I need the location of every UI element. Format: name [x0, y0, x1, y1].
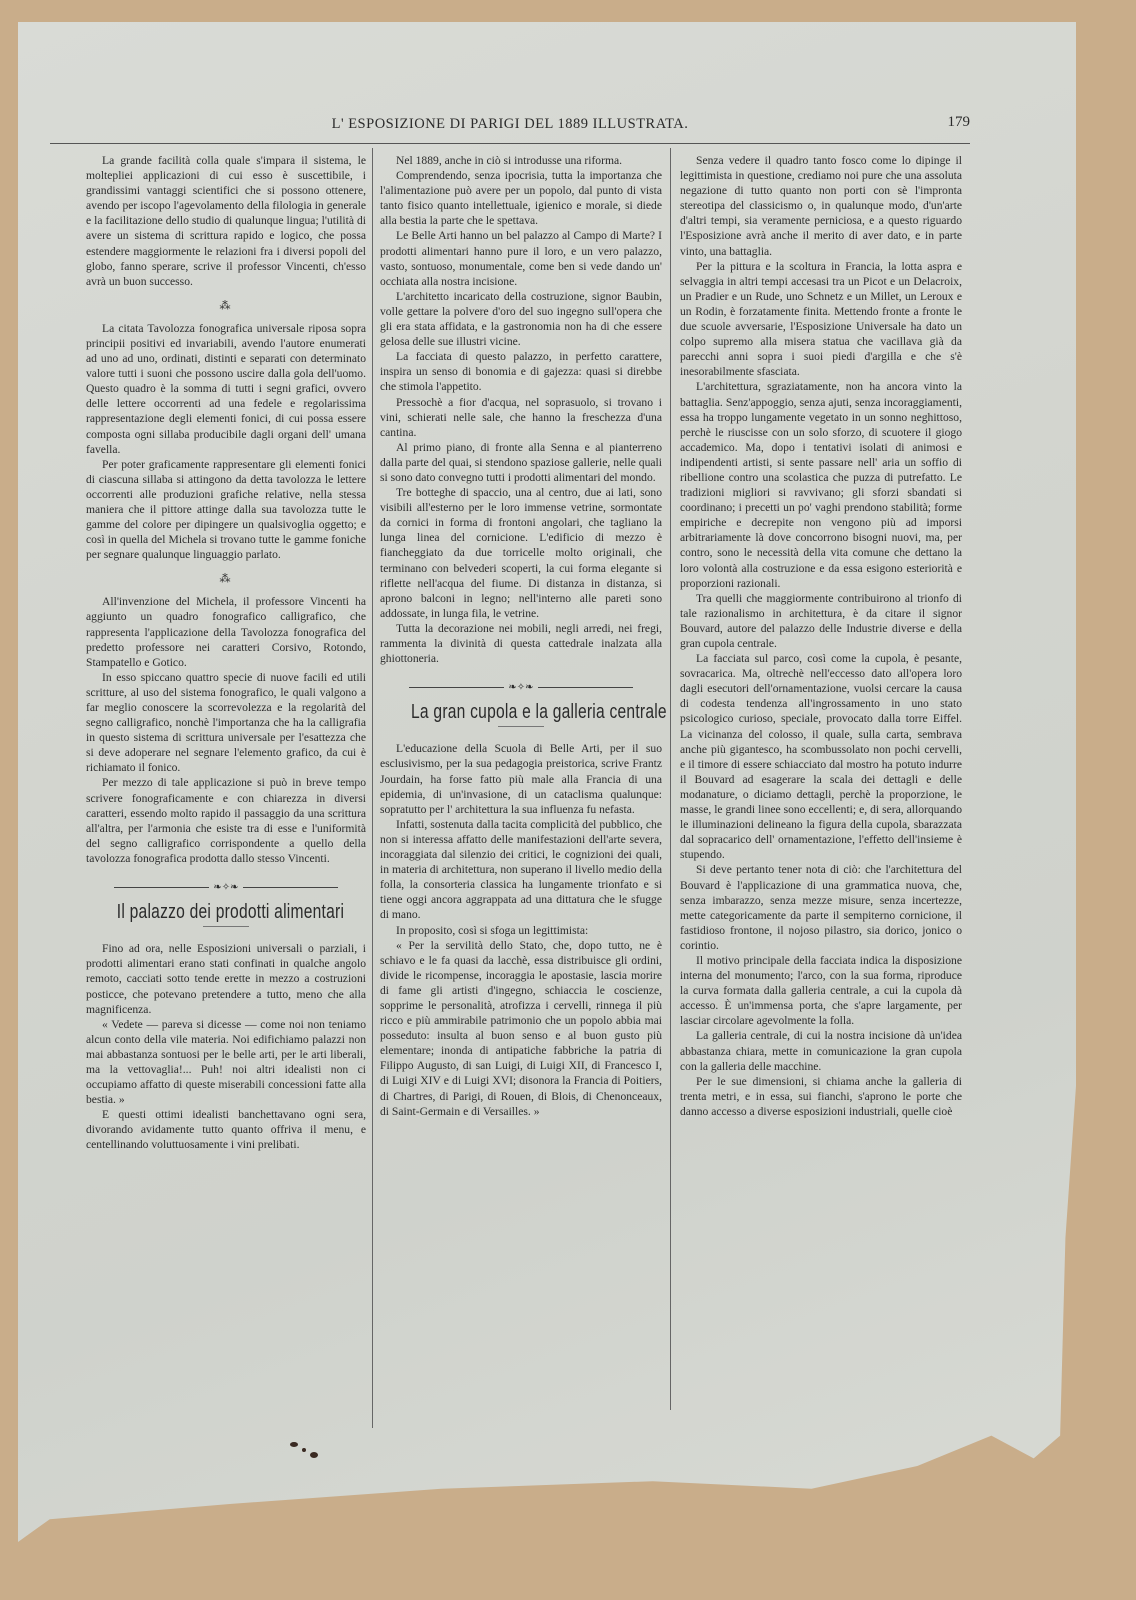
- ink-stain: [290, 1442, 298, 1447]
- paragraph: E questi ottimi idealisti banchettavano …: [86, 1107, 366, 1152]
- paragraph: Per le sue dimensioni, si chiama anche l…: [680, 1074, 962, 1119]
- column-divider-2: [670, 148, 671, 1410]
- paragraph: Si deve pertanto tener nota di ciò: che …: [680, 862, 962, 953]
- paragraph: Le Belle Arti hanno un bel palazzo al Ca…: [380, 228, 662, 288]
- paragraph: La citata Tavolozza fonografica universa…: [86, 321, 366, 457]
- paragraph: Per mezzo di tale applicazione si può in…: [86, 775, 366, 866]
- ornamental-divider: ❧✧❧: [86, 880, 366, 895]
- divider-line: [243, 887, 338, 888]
- paragraph: Senza vedere il quadro tanto fosco come …: [680, 153, 962, 259]
- paragraph: Infatti, sostenuta dalla tacita complici…: [380, 817, 662, 923]
- asterism-icon: ⁂: [86, 574, 366, 584]
- paragraph: In esso spiccano quattro specie di nuove…: [86, 670, 366, 776]
- paragraph: In proposito, così si sfoga un legittimi…: [380, 923, 662, 938]
- section-title-cupola: La gran cupola e la galleria centrale: [411, 705, 631, 720]
- column-divider-1: [372, 148, 373, 1428]
- paragraph: Pressochè a fior d'acqua, nel soprasuolo…: [380, 395, 662, 440]
- paragraph: All'invenzione del Michela, il professor…: [86, 594, 366, 669]
- paragraph: L'architetto incaricato della costruzion…: [380, 289, 662, 349]
- divider-line: [538, 687, 633, 688]
- paragraph: La galleria centrale, di cui la nostra i…: [680, 1028, 962, 1073]
- paragraph: Tre botteghe di spaccio, una al centro, …: [380, 485, 662, 621]
- divider-line: [409, 687, 504, 688]
- paragraph: Per poter graficamente rappresentare gli…: [86, 457, 366, 563]
- page-number: 179: [948, 114, 971, 131]
- column-2: Nel 1889, anche in ciò si introdusse una…: [380, 153, 662, 1119]
- paragraph: « Vedete — pareva si dicesse — come noi …: [86, 1017, 366, 1108]
- paragraph: Il motivo principale della facciata indi…: [680, 953, 962, 1028]
- divider-line: [114, 887, 209, 888]
- ink-stain: [302, 1448, 306, 1452]
- column-3: Senza vedere il quadro tanto fosco come …: [680, 153, 962, 1119]
- paragraph: Fino ad ora, nelle Esposizioni universal…: [86, 941, 366, 1016]
- fleuron-icon: ❧✧❧: [209, 880, 242, 895]
- page-header: L' ESPOSIZIONE DI PARIGI DEL 1889 ILLUST…: [50, 110, 970, 140]
- title-underline: [498, 726, 544, 727]
- title-underline: [203, 926, 249, 927]
- paragraph: La grande facilità colla quale s'impara …: [86, 153, 366, 289]
- fleuron-icon: ❧✧❧: [504, 680, 537, 695]
- asterism-icon: ⁂: [86, 301, 366, 311]
- paragraph: Tra quelli che maggiormente contribuiron…: [680, 591, 962, 651]
- paragraph: Al primo piano, di fronte alla Senna e a…: [380, 440, 662, 485]
- paragraph: « Per la servilità dello Stato, che, dop…: [380, 938, 662, 1119]
- paragraph: La facciata di questo palazzo, in perfet…: [380, 349, 662, 394]
- paragraph: L'educazione della Scuola di Belle Arti,…: [380, 741, 662, 816]
- paragraph: La facciata sul parco, così come la cupo…: [680, 651, 962, 862]
- column-1: La grande facilità colla quale s'impara …: [86, 153, 366, 1153]
- paragraph: Per la pittura e la scoltura in Francia,…: [680, 259, 962, 380]
- ink-stain: [310, 1452, 318, 1458]
- ornamental-divider: ❧✧❧: [380, 680, 662, 695]
- paragraph: Nel 1889, anche in ciò si introdusse una…: [380, 153, 662, 168]
- section-title-palazzo: Il palazzo dei prodotti alimentari: [117, 905, 335, 920]
- paragraph: Tutta la decorazione nei mobili, negli a…: [380, 621, 662, 666]
- header-rule: [50, 143, 970, 144]
- running-title: L' ESPOSIZIONE DI PARIGI DEL 1889 ILLUST…: [50, 116, 970, 133]
- paragraph: L'architettura, sgraziatamente, non ha a…: [680, 379, 962, 590]
- paragraph: Comprendendo, senza ipocrisia, tutta la …: [380, 168, 662, 228]
